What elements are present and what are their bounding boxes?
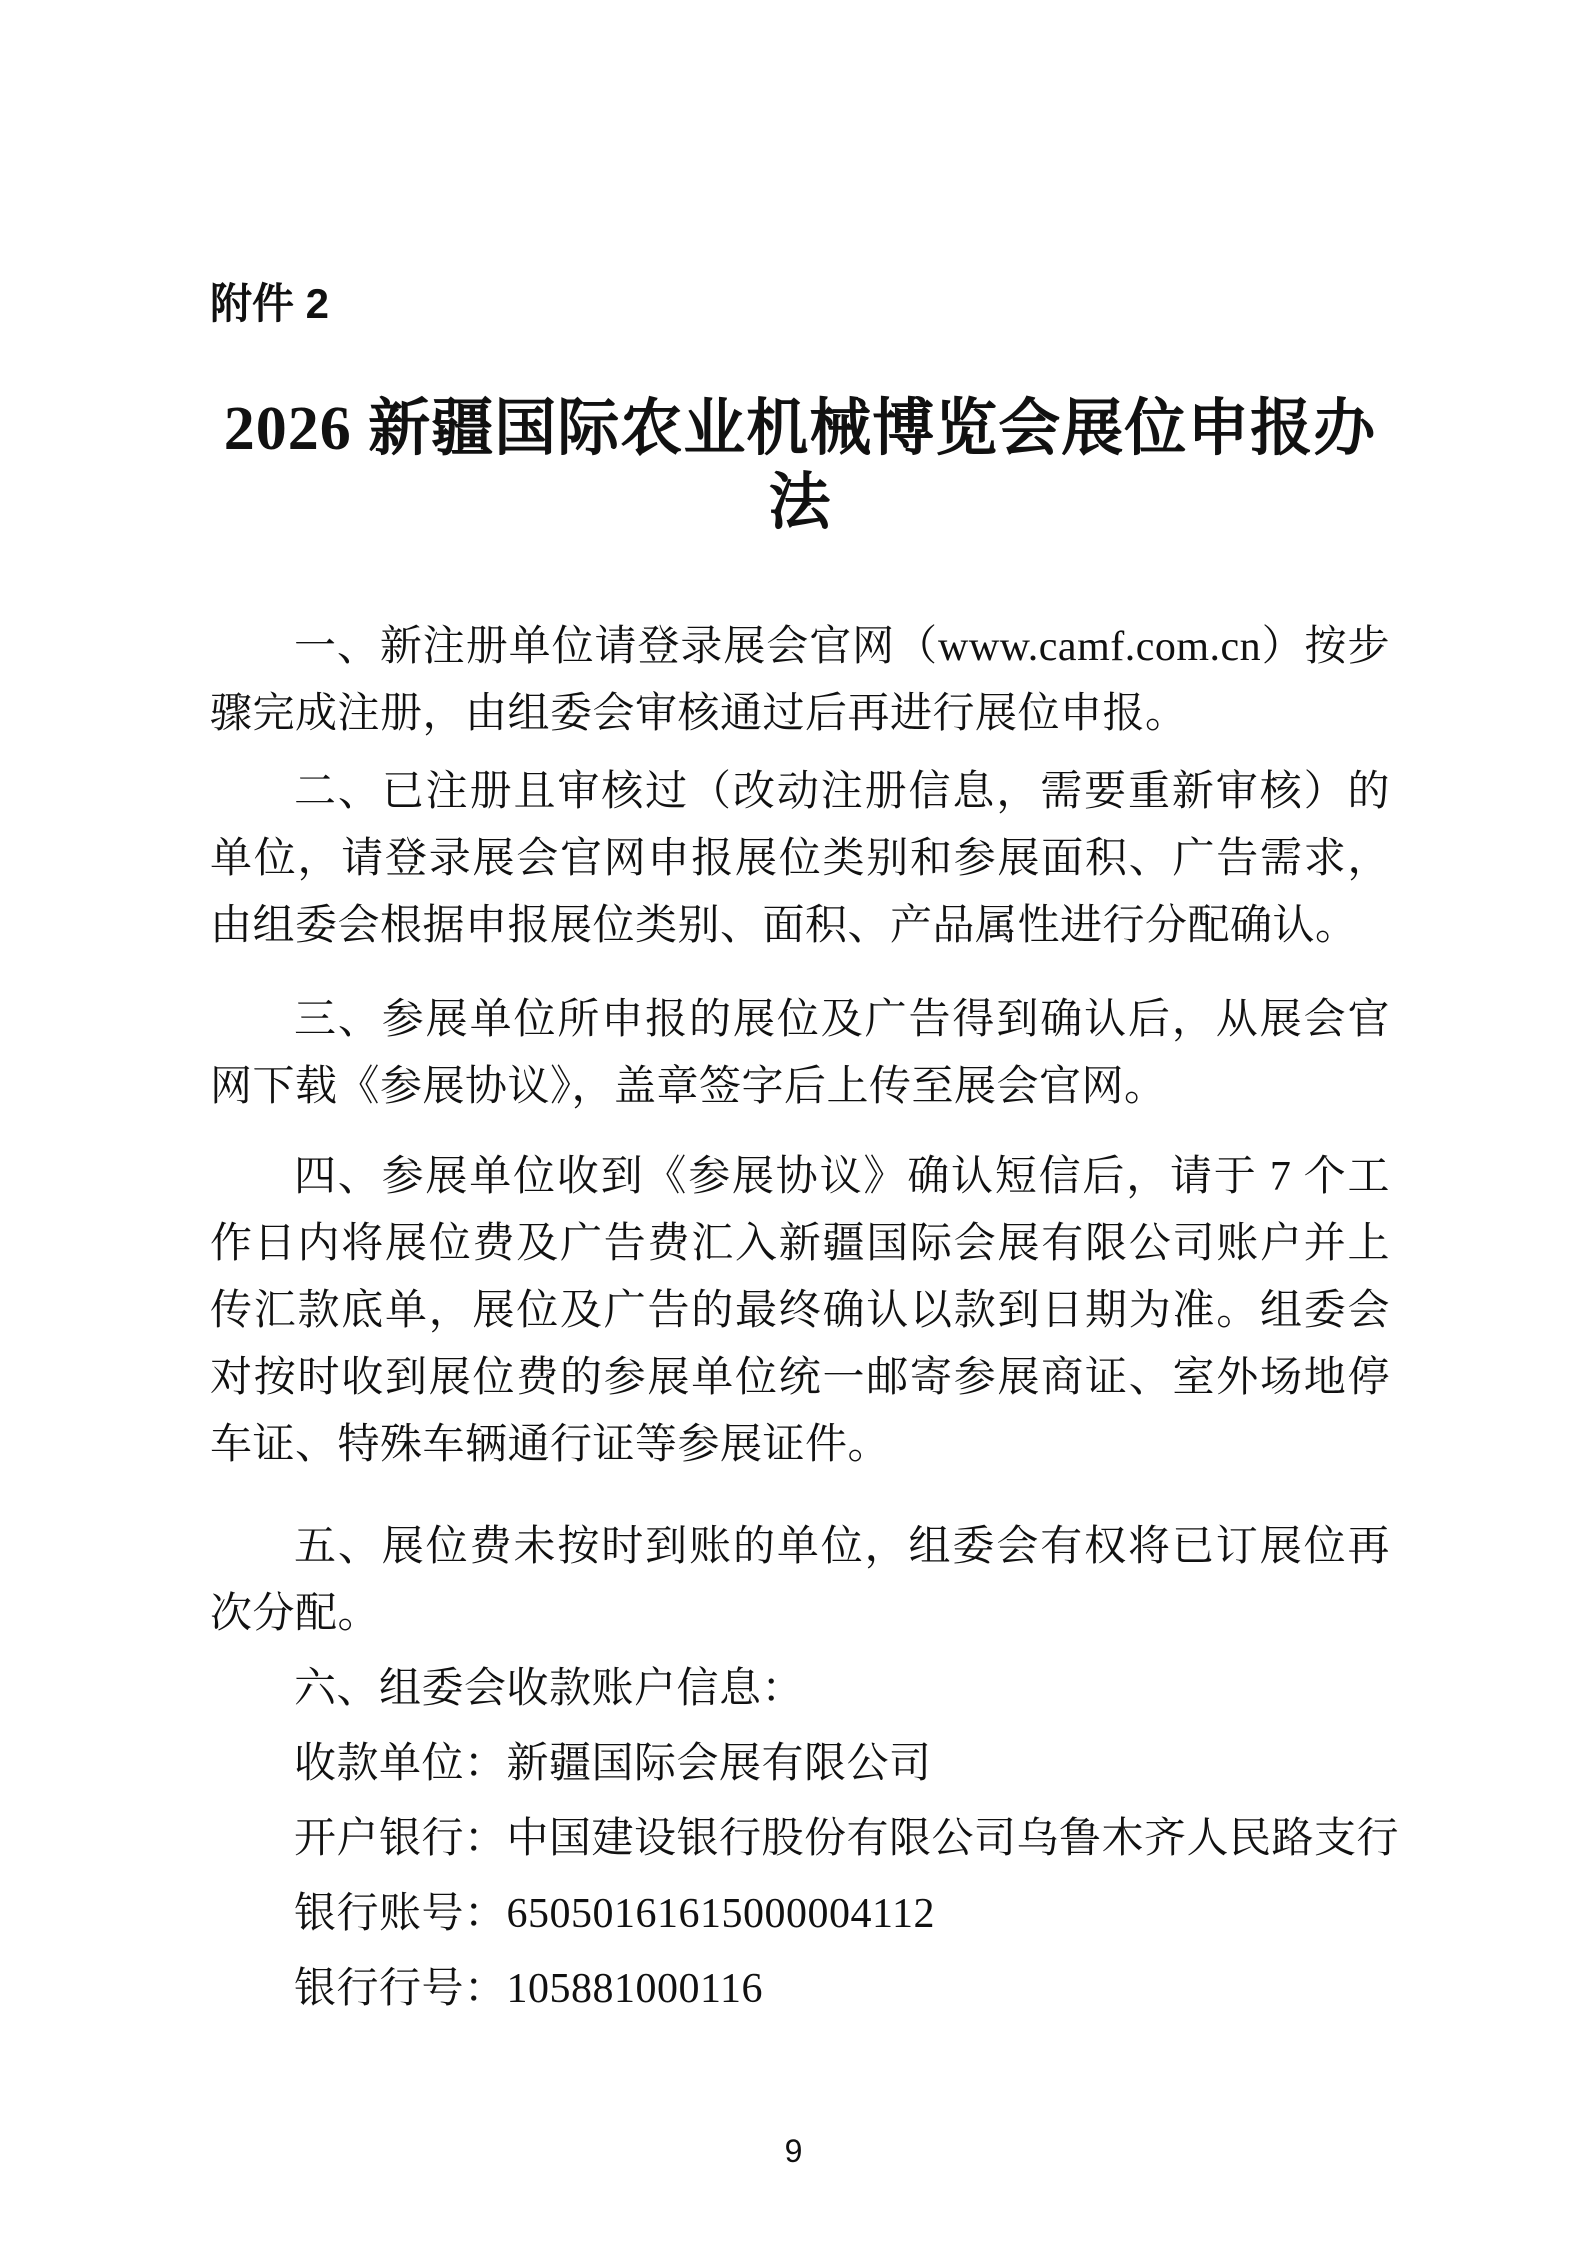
account-info-number: 银行账号：65050161615000004112 [210,1881,1390,1948]
account-bank-code-value: 105881000116 [507,1966,763,2012]
account-info-bank-code: 银行行号：105881000116 [210,1956,1390,2023]
paragraph-4: 四、参展单位收到《参展协议》确认短信后，请于 7 个工作日内将展位费及广告费汇入… [210,1144,1390,1479]
account-number-label: 银行账号： [294,1891,507,1937]
paragraph-5: 五、展位费未按时到账的单位，组委会有权将已订展位再次分配。 [210,1514,1390,1648]
document-title: 2026 新疆国际农业机械博览会展位申报办法 [210,392,1390,540]
account-payee-value: 新疆国际会展有限公司 [507,1741,932,1787]
attachment-label: 附件 2 [210,283,1390,325]
paragraph-6: 六、组委会收款账户信息： [210,1656,1390,1723]
document-content: 附件 2 2026 新疆国际农业机械博览会展位申报办法 一、新注册单位请登录展会… [210,0,1390,2023]
account-info-payee: 收款单位：新疆国际会展有限公司 [210,1731,1390,1798]
account-payee-label: 收款单位： [294,1741,507,1787]
account-bank-label: 开户银行： [294,1816,507,1862]
account-bank-code-label: 银行行号： [294,1966,507,2012]
account-bank-value: 中国建设银行股份有限公司乌鲁木齐人民路支行 [507,1816,1400,1862]
page-number: 9 [0,2132,1587,2170]
paragraph-3: 三、参展单位所申报的展位及广告得到确认后，从展会官网下载《参展协议》，盖章签字后… [210,987,1390,1121]
account-info-bank: 开户银行：中国建设银行股份有限公司乌鲁木齐人民路支行 [210,1806,1390,1873]
account-number-value: 65050161615000004112 [507,1891,935,1937]
document-page: 附件 2 2026 新疆国际农业机械博览会展位申报办法 一、新注册单位请登录展会… [0,0,1587,2245]
paragraph-2: 二、已注册且审核过（改动注册信息，需要重新审核）的单位，请登录展会官网申报展位类… [210,759,1390,960]
paragraph-1: 一、新注册单位请登录展会官网（www.camf.com.cn）按步骤完成注册，由… [210,614,1390,748]
